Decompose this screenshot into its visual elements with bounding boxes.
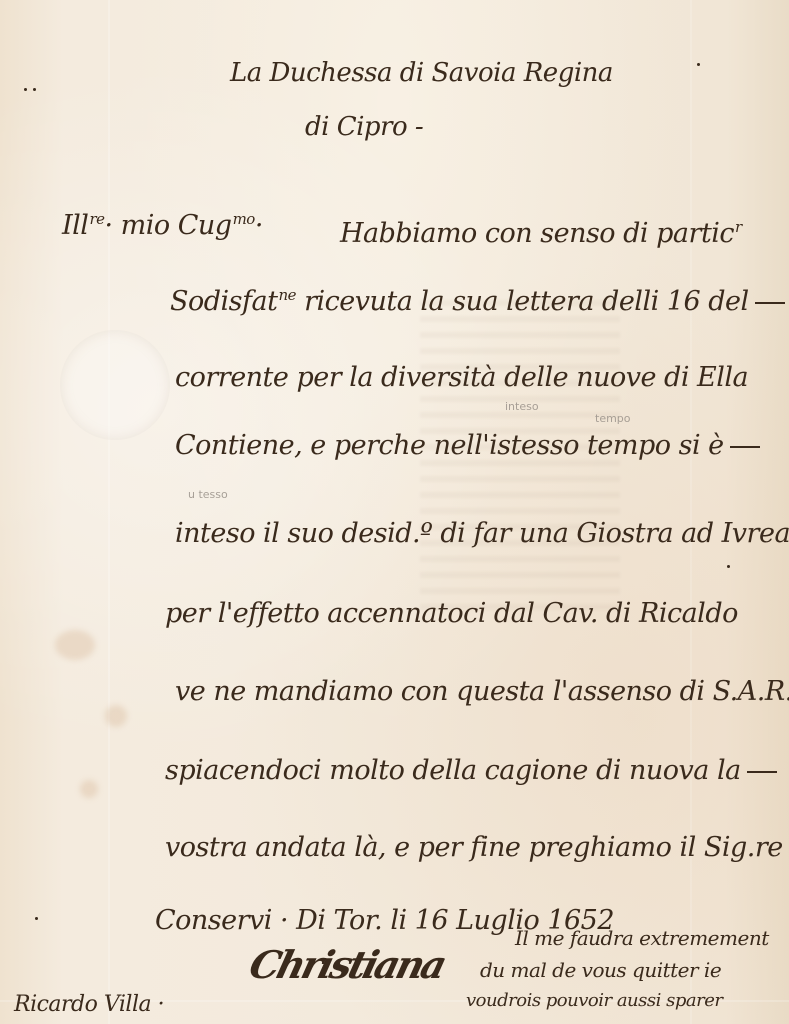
- postscript-line-3: voudrois pouvoir aussi sparer: [466, 990, 722, 1011]
- letter-page: La Duchessa di Savoia Regina di Cipro - …: [0, 0, 789, 1024]
- paper-fold-crease: [690, 0, 692, 1024]
- ink-speck: [24, 88, 27, 91]
- ink-speck: [35, 917, 38, 920]
- letter-heading-title: di Cipro -: [305, 112, 423, 142]
- pencil-annotation: inteso: [505, 400, 539, 413]
- salutation: Illre· mio Cugmo·: [62, 210, 263, 241]
- body-line-3: corrente per la diversità delle nuove di…: [175, 362, 748, 393]
- ink-speck: [727, 565, 730, 568]
- body-line-1: Habbiamo con senso di particr: [340, 218, 742, 249]
- postscript-line-2: du mal de vous quitter ie: [480, 958, 721, 982]
- pencil-annotation: tempo: [595, 412, 631, 425]
- postscript-line-1: Il me faudra extremement: [515, 926, 769, 950]
- signature: Christiana: [245, 942, 449, 987]
- body-line-8: spiacendoci molto della cagione di nuova…: [165, 755, 777, 786]
- body-line-6: per l'effetto accennatoci dal Cav. di Ri…: [165, 598, 738, 629]
- ink-speck: [33, 88, 36, 91]
- foxing-stain: [105, 705, 127, 727]
- body-line-9: vostra andata là, e per fine preghiamo i…: [165, 832, 789, 863]
- body-line-7: ve ne mandiamo con questa l'assenso di S…: [175, 676, 789, 707]
- foxing-stain: [80, 780, 98, 798]
- wax-seal-impression: [60, 330, 170, 440]
- body-line-2: Sodisfatne ricevuta la sua lettera delli…: [170, 286, 785, 317]
- secretary-countersignature: Ricardo Villa ·: [14, 992, 164, 1017]
- paper-fold-crease: [108, 0, 110, 1024]
- body-line-4: Contiene, e perche nell'istesso tempo si…: [175, 430, 760, 461]
- body-line-5: inteso il suo desid.º di far una Giostra…: [175, 518, 789, 549]
- pencil-annotation: u tesso: [188, 488, 228, 501]
- foxing-stain: [55, 630, 95, 660]
- ink-speck: [697, 63, 700, 66]
- letter-heading-sender: La Duchessa di Savoia Regina: [230, 58, 613, 88]
